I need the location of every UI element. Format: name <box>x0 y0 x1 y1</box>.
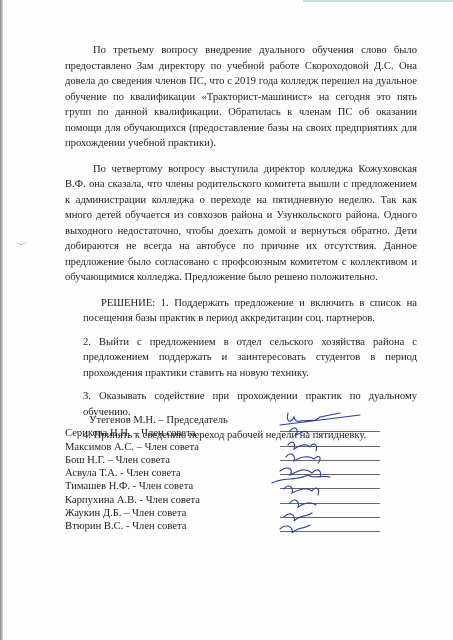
paragraph-fourth-question: По четвертому вопросу выступила директор… <box>65 162 417 286</box>
decision-item-2: 2. Выйти с предложением в отдел сельског… <box>83 335 417 382</box>
margin-mark <box>16 239 26 245</box>
scan-top-edge <box>303 0 453 2</box>
handwritten-signatures-icon <box>250 405 380 535</box>
decision-item-1: РЕШЕНИЕ: 1. Поддержать предложение и вкл… <box>83 296 417 327</box>
document-body: По третьему вопросу внедрение дуального … <box>65 43 417 452</box>
paragraph-third-question: По третьему вопросу внедрение дуального … <box>65 43 417 152</box>
scan-left-edge <box>0 0 3 640</box>
